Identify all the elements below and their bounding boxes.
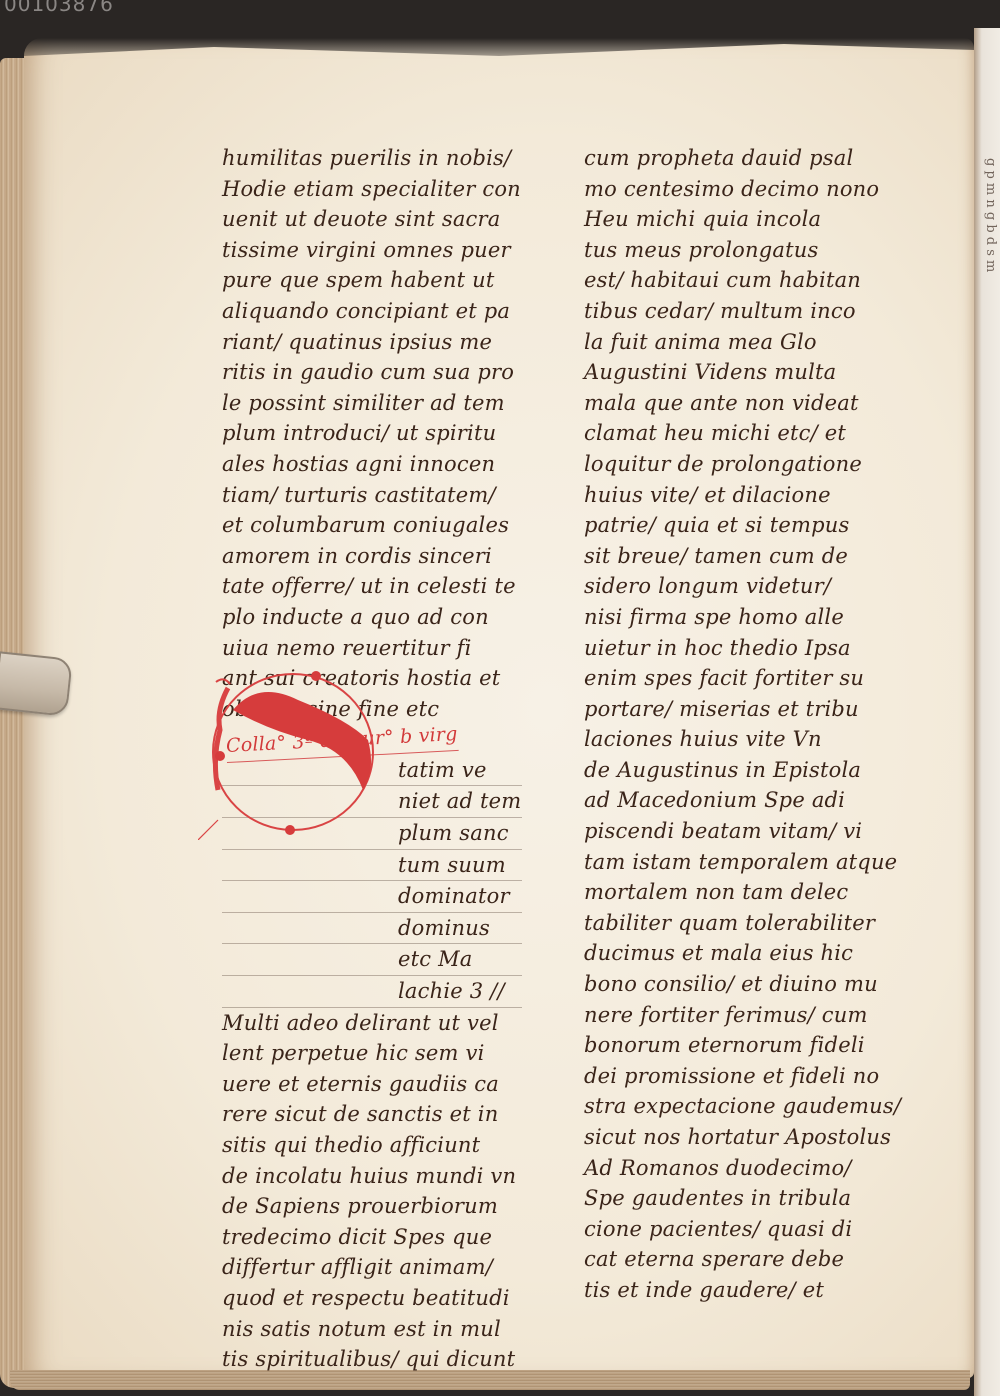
text-line: ales hostias agni innocen [222,449,522,480]
text-line: rere sicut de sanctis et in [222,1099,522,1130]
text-line: Multi adeo delirant ut vel [222,1008,522,1039]
text-line: sicut nos hortatur Apostolus [584,1122,884,1153]
text-line: Augustini Videns multa [584,357,884,388]
text-line: nisi firma spe homo alle [584,602,884,633]
text-line: Heu michi quia incola [584,204,884,235]
text-line: cat eterna sperare debe [584,1244,884,1275]
text-line: tam istam temporalem atque [584,847,884,878]
text-line: laciones huius vite Vn [584,724,884,755]
left-column-text-after-initial: Multi adeo delirant ut vellent perpetue … [222,1008,522,1375]
text-line: amorem in cordis sinceri [222,541,522,572]
text-line: dei promissione et fideli no [584,1061,884,1092]
text-line: sidero longum videtur/ [584,571,884,602]
text-line: loquitur de prolongatione [584,449,884,480]
right-column-text: cum propheta dauid psalmo centesimo deci… [584,143,884,1306]
text-line: la fuit anima mea Glo [584,327,884,358]
text-line: plo inducte a quo ad con [222,602,522,633]
text-line: cum propheta dauid psal [584,143,884,174]
text-line: tredecimo dicit Spes que [222,1222,522,1253]
text-line: stra expectacione gaudemus/ [584,1091,884,1122]
text-line: tis et inde gaudere/ et [584,1275,884,1306]
text-line: clamat heu michi etc/ et [584,418,884,449]
text-line: uere et eternis gaudiis ca [222,1069,522,1100]
text-line-beside-initial: dominus [222,913,522,945]
text-line: ducimus et mala eius hic [584,938,884,969]
text-line: tiam/ turturis castitatem/ [222,480,522,511]
decorated-initial-s-icon [198,670,398,840]
text-line: sit breue/ tamen cum de [584,541,884,572]
left-column-text-before-initial: humilitas puerilis in nobis/Hodie etiam … [222,143,522,724]
text-line-beside-initial: tum suum [222,850,522,882]
text-line: nis satis notum est in mul [222,1314,522,1345]
text-line: tissime virgini omnes puer [222,235,522,266]
text-line: tate offerre/ ut in celesti te [222,571,522,602]
text-line: bono consilio/ et diuino mu [584,969,884,1000]
text-line: de Sapiens prouerbiorum [222,1191,522,1222]
text-line: pure que spem habent ut [222,265,522,296]
text-line: ritis in gaudio cum sua pro [222,357,522,388]
facing-page-text: g p m n g b d s m [982,158,1000,272]
text-line: humilitas puerilis in nobis/ [222,143,522,174]
text-line-beside-initial: etc Ma [222,944,522,976]
right-column: cum propheta dauid psalmo centesimo deci… [584,143,884,1306]
text-line: bonorum eternorum fideli [584,1030,884,1061]
text-line: uietur in hoc thedio Ipsa [584,633,884,664]
text-line: plum introduci/ ut spiritu [222,418,522,449]
text-line: tibus cedar/ multum inco [584,296,884,327]
scan-id-label: 00103876 [4,0,114,16]
text-line: nere fortiter ferimus/ cum [584,1000,884,1031]
text-line: mo centesimo decimo nono [584,174,884,205]
page-clip [0,651,73,716]
text-line: uiua nemo reuertitur fi [222,633,522,664]
text-line: lent perpetue hic sem vi [222,1038,522,1069]
text-line: Ad Romanos duodecimo/ [584,1153,884,1184]
text-line: de incolatu huius mundi vn [222,1161,522,1192]
text-line: ad Macedonium Spe adi [584,785,884,816]
text-line: tis spiritualibus/ qui dicunt [222,1344,522,1375]
text-line: mortalem non tam delec [584,877,884,908]
text-line: de Augustinus in Epistola [584,755,884,786]
text-line: mala que ante non videat [584,388,884,419]
text-line: sitis qui thedio afficiunt [222,1130,522,1161]
text-line: le possint similiter ad tem [222,388,522,419]
text-line: tabiliter quam tolerabiliter [584,908,884,939]
text-line: portare/ miserias et tribu [584,694,884,725]
text-line: cione pacientes/ quasi di [584,1214,884,1245]
text-line: Hodie etiam specialiter con [222,174,522,205]
text-line: enim spes facit fortiter su [584,663,884,694]
text-line: patrie/ quia et si tempus [584,510,884,541]
text-line: Spe gaudentes in tribula [584,1183,884,1214]
text-line: et columbarum coniugales [222,510,522,541]
text-line: quod et respectu beatitudi [222,1283,522,1314]
text-line: differtur affligit animam/ [222,1252,522,1283]
text-line: est/ habitaui cum habitan [584,265,884,296]
text-line-beside-initial: dominator [222,881,522,913]
text-line: riant/ quatinus ipsius me [222,327,522,358]
text-line: uenit ut deuote sint sacra [222,204,522,235]
text-line: huius vite/ et dilacione [584,480,884,511]
text-line-beside-initial: lachie 3 // [222,976,522,1008]
text-line: piscendi beatam vitam/ vi [584,816,884,847]
text-line: aliquando concipiant et pa [222,296,522,327]
text-line: tus meus prolongatus [584,235,884,266]
